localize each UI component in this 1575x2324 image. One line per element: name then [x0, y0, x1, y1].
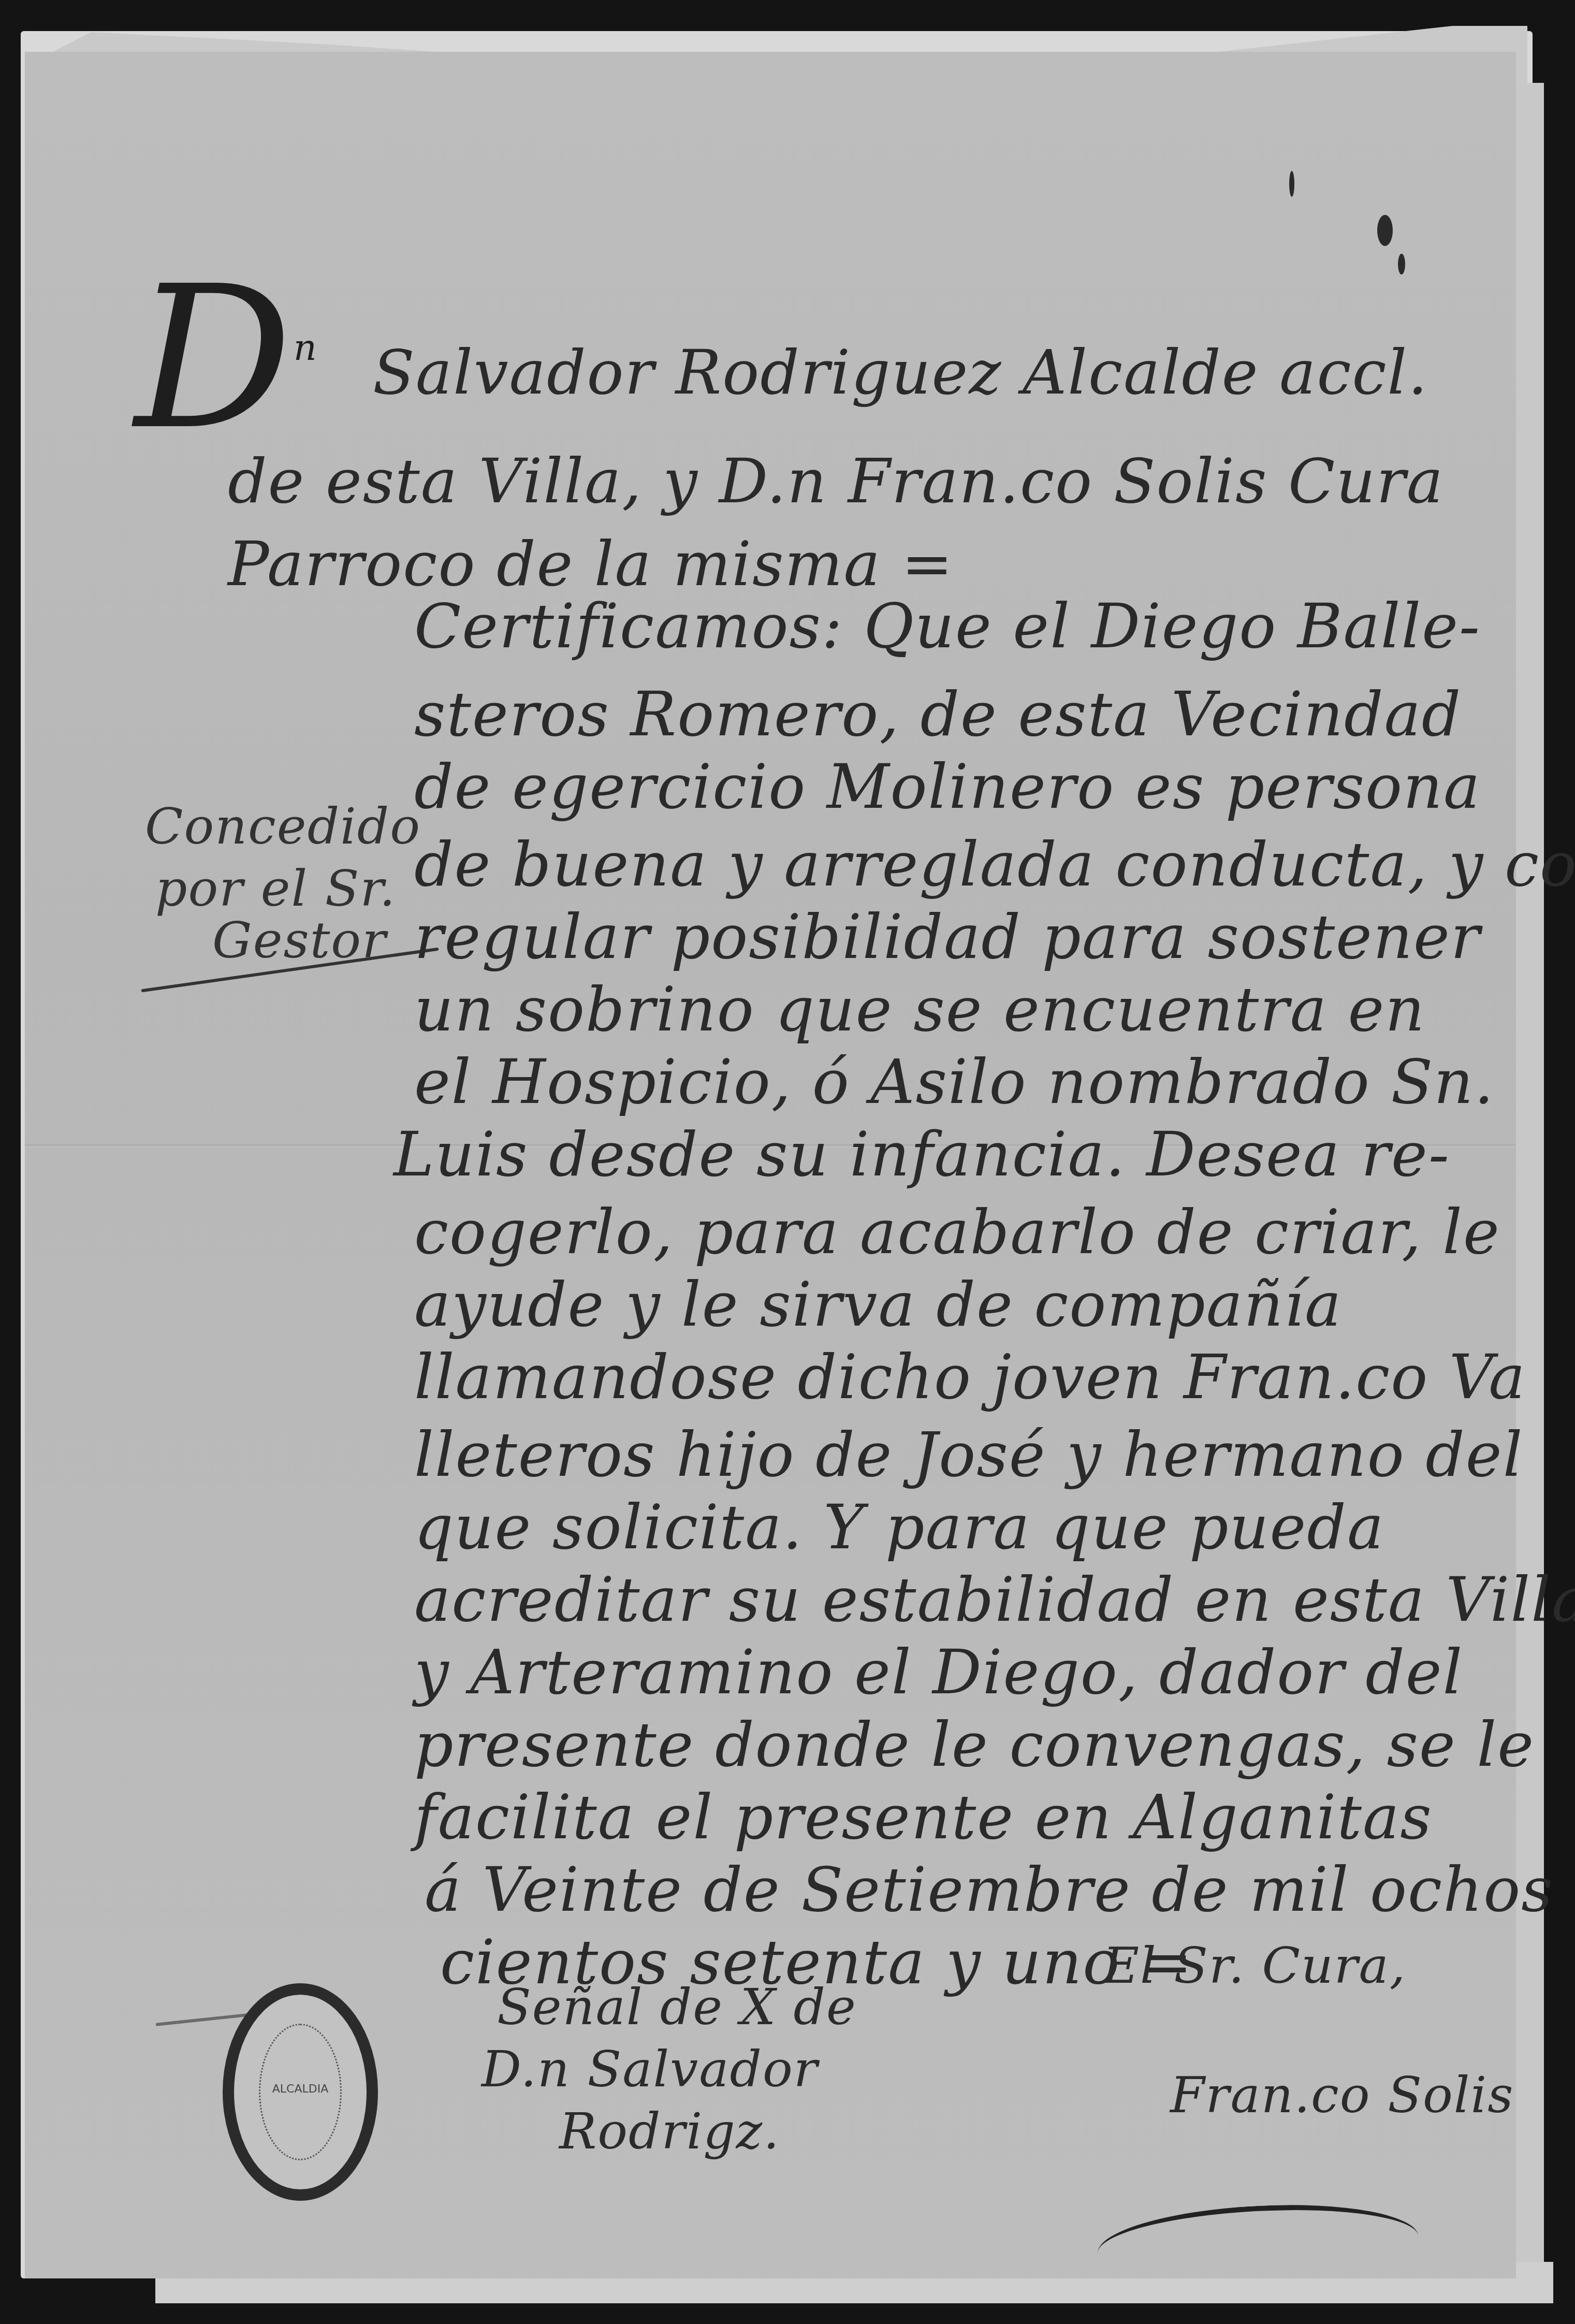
stamp-text: ALCALDIA [234, 2083, 367, 2096]
heading-initial: Dn [135, 243, 318, 473]
initial-superscript: n [294, 326, 318, 369]
body-line: que solicita. Y para que pueda [414, 1491, 1384, 1563]
body-line: y Arteramino el Diego, dador del [414, 1636, 1463, 1708]
body-line: llamandose dicho joven Fran.co Va [414, 1341, 1526, 1413]
body-line: á Veinte de Setiembre de mil ochos [425, 1854, 1554, 1925]
signature-left-line-2: D.n Salvador [482, 2040, 819, 2098]
body-line: el Hospicio, ó Asilo nombrado Sn. [414, 1046, 1495, 1117]
body-line: de egercicio Molinero es persona [414, 751, 1481, 822]
body-line: acreditar su estabilidad en esta Villa [414, 1564, 1575, 1635]
official-seal-stamp: ALCALDIA [223, 1983, 378, 2201]
body-line: cogerlo, para acabarlo de criar, le [414, 1196, 1500, 1268]
signature-left-line-3: Rodrigz. [559, 2102, 780, 2160]
body-line: ayude y le sirva de compañía [414, 1269, 1342, 1340]
body-line: steros Romero, de esta Vecindad [414, 678, 1462, 750]
body-line: de buena y arreglada conducta, y con [414, 829, 1575, 900]
body-line: un sobrino que se encuentra en [414, 974, 1425, 1045]
heading-line-3: Parroco de la misma = [228, 528, 954, 600]
body-line: facilita el presente en Alganitas [414, 1781, 1433, 1853]
body-line: Certificamos: Que el Diego Balle- [414, 590, 1481, 662]
margin-note-line-2: por el Sr. [155, 860, 396, 918]
body-line: presente donde le convengas, se le [414, 1709, 1535, 1780]
ink-stain [1398, 254, 1405, 274]
body-line: Luis desde su infancia. Desea re- [393, 1119, 1450, 1190]
ink-stain [1289, 171, 1294, 197]
signature-right-line-2: Fran.co Solis [1170, 2066, 1514, 2124]
ink-stain [1377, 215, 1393, 246]
heading-line-1: Salvador Rodriguez Alcalde accl. [373, 337, 1428, 408]
body-line: regular posibilidad para sostener [414, 901, 1481, 972]
signature-left-line-1: Señal de X de [497, 1978, 857, 2036]
body-line: lleteros hijo de José y hermano del [414, 1419, 1523, 1490]
signature-right-line-1: El Sr. Cura, [1103, 1937, 1406, 1995]
margin-note-line-1: Concedido [145, 797, 421, 855]
initial-letter: D [135, 243, 294, 473]
heading-line-2: de esta Villa, y D.n Fran.co Solis Cura [228, 445, 1444, 517]
